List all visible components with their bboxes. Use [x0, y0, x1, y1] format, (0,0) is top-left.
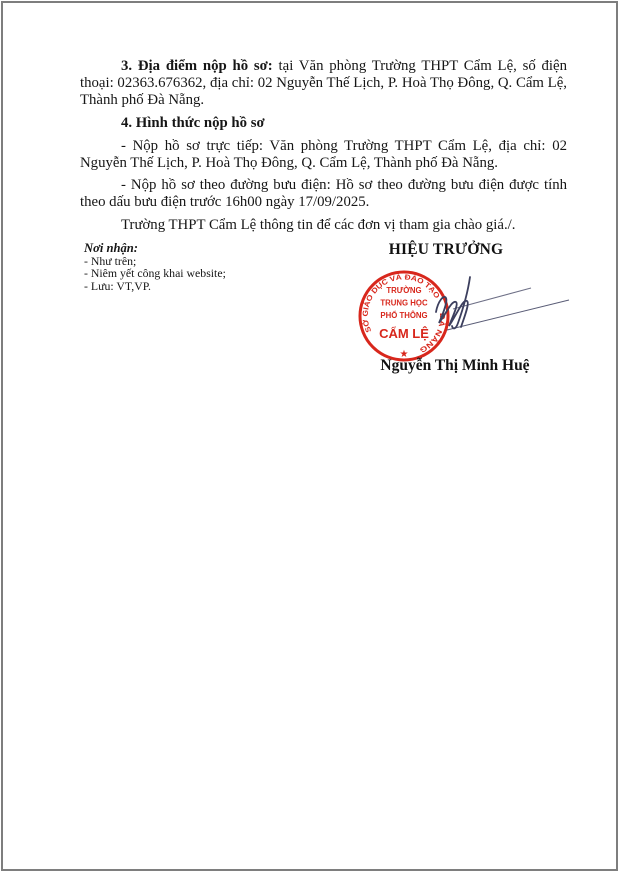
- paragraph-postal-submission: - Nộp hồ sơ theo đường bưu điện: Hồ sơ t…: [80, 177, 567, 211]
- document-body: 3. Địa điểm nộp hồ sơ: tại Văn phòng Trư…: [80, 58, 567, 234]
- signoff-title: HIỆU TRƯỞNG: [376, 241, 516, 259]
- paragraph-direct-submission: - Nộp hồ sơ trực tiếp: Văn phòng Trường …: [80, 138, 567, 172]
- stamp-line-truong: TRƯỜNG: [386, 286, 421, 295]
- section-heading-4: 4. Hình thức nộp hồ sơ: [80, 115, 567, 132]
- stamp-line-phothong: PHỔ THÔNG: [380, 311, 427, 320]
- recipients-label: Nơi nhận:: [84, 241, 226, 255]
- document-page: 3. Địa điểm nộp hồ sơ: tại Văn phòng Trư…: [0, 0, 620, 872]
- paragraph-location: 3. Địa điểm nộp hồ sơ: tại Văn phòng Trư…: [80, 58, 567, 109]
- signer-name: Nguyễn Thị Minh Huệ: [370, 357, 540, 375]
- paragraph-closing: Trường THPT Cẩm Lệ thông tin để các đơn …: [80, 217, 567, 234]
- recipients-block: Nơi nhận: - Như trên; - Niêm yết công kh…: [84, 241, 226, 292]
- stamp-line-trunghoc: TRUNG HỌC: [380, 299, 428, 308]
- stamp-school-name: CẨM LỆ: [379, 326, 429, 341]
- recipient-item: - Lưu: VT,VP.: [84, 280, 226, 292]
- paragraph-location-lead: 3. Địa điểm nộp hồ sơ:: [121, 58, 273, 74]
- recipient-item: - Niêm yết công khai website;: [84, 267, 226, 279]
